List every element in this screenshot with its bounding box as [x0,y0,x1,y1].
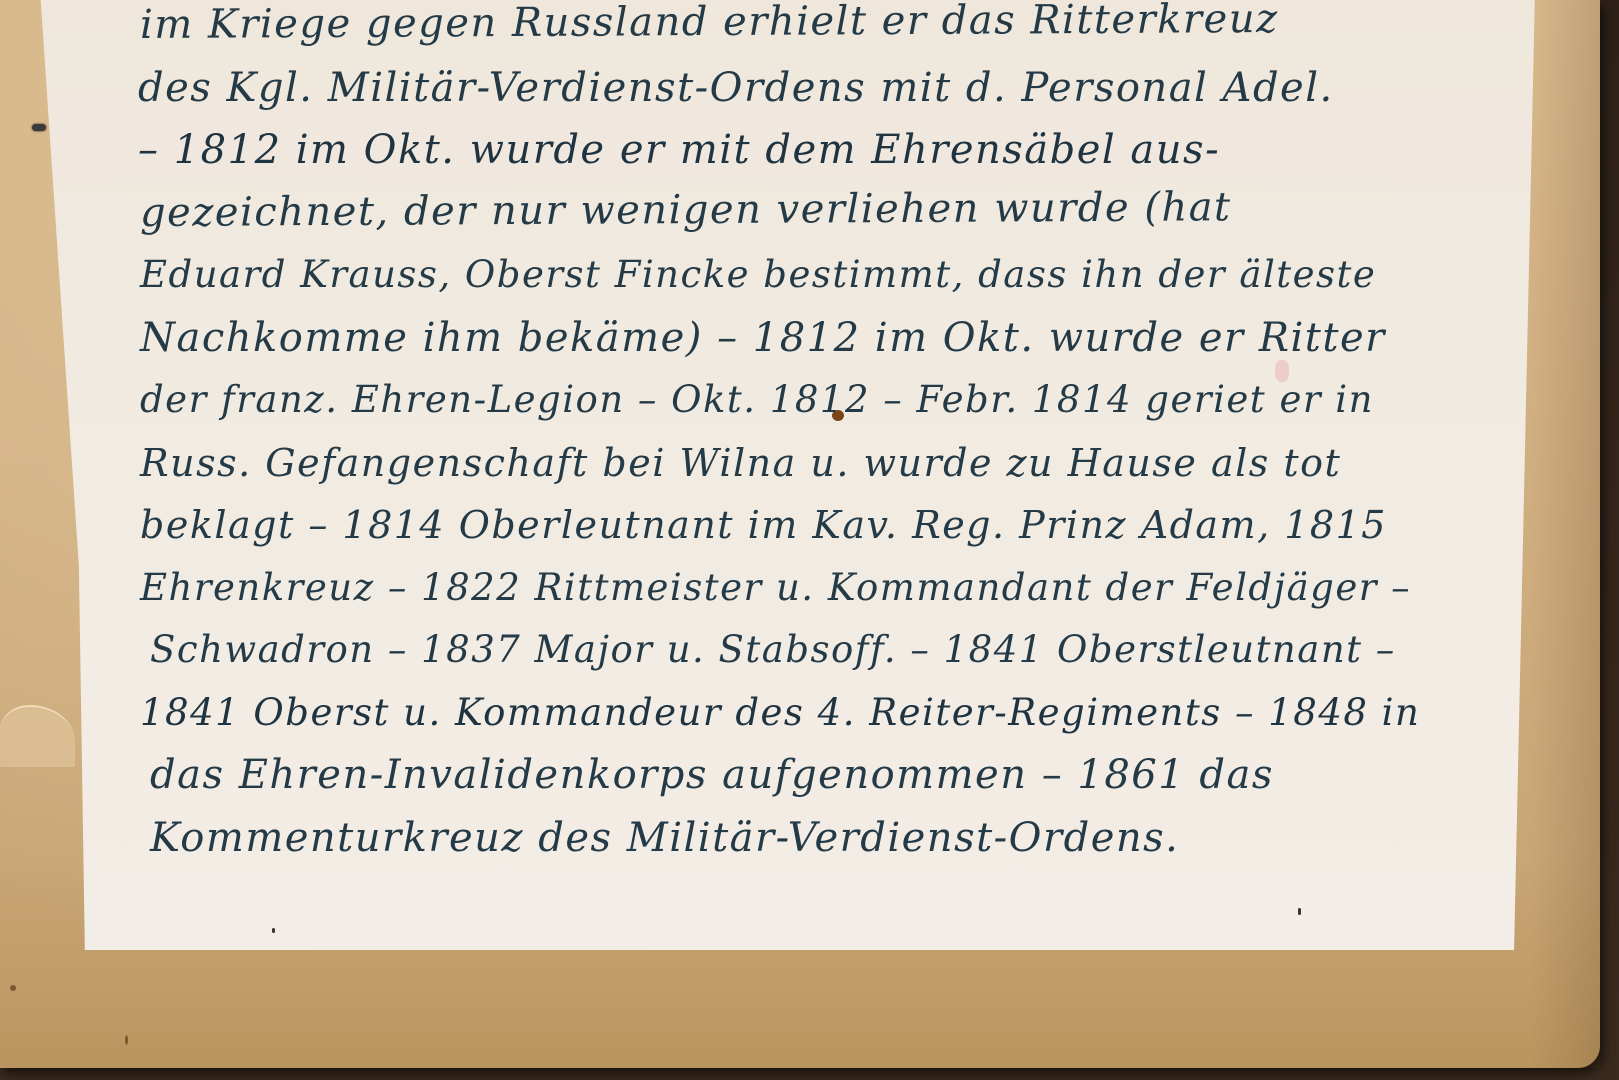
text-line-6: Nachkomme ihm bekäme) – 1812 im Okt. wur… [140,307,1560,370]
photo-scene: im Kriege gegen Russland erhielt er das … [0,0,1619,1080]
text-line-12: 1841 Oberst u. Kommandeur des 4. Reiter-… [140,682,1560,745]
handwritten-sheet: im Kriege gegen Russland erhielt er das … [40,0,1535,950]
text-line-7: der franz. Ehren-Legion – Okt. 1812 – Fe… [140,369,1560,432]
board-stain [125,1035,128,1045]
text-line-9: beklagt – 1814 Oberleutnant im Kav. Reg.… [140,494,1560,557]
text-line-11: Schwadron – 1837 Major u. Stabsoff. – 18… [150,619,1560,682]
pin-hole [272,928,275,933]
text-line-8: Russ. Gefangenschaft bei Wilna u. wurde … [140,432,1560,495]
pin-hole [1298,908,1301,915]
text-line-14: Kommenturkreuz des Militär-Verdienst-Ord… [150,807,1560,870]
text-line-10: Ehrenkreuz – 1822 Rittmeister u. Kommand… [140,557,1560,620]
text-line-2: des Kgl. Militär-Verdienst-Ordens mit d.… [138,57,1560,120]
text-line-3: – 1812 im Okt. wurde er mit dem Ehrensäb… [138,119,1560,182]
board-tear [0,705,75,767]
text-line-13: das Ehren-Invalidenkorps aufgenommen – 1… [150,744,1560,807]
handwritten-text: im Kriege gegen Russland erhielt er das … [140,0,1560,869]
text-line-5: Eduard Krauss, Oberst Fincke bestimmt, d… [140,244,1560,307]
text-line-1: im Kriege gegen Russland erhielt er das … [140,0,1560,56]
text-line-4: gezeichnet, der nur wenigen verliehen wu… [140,174,1560,244]
staple-icon [32,124,46,131]
board-stain [10,985,16,991]
